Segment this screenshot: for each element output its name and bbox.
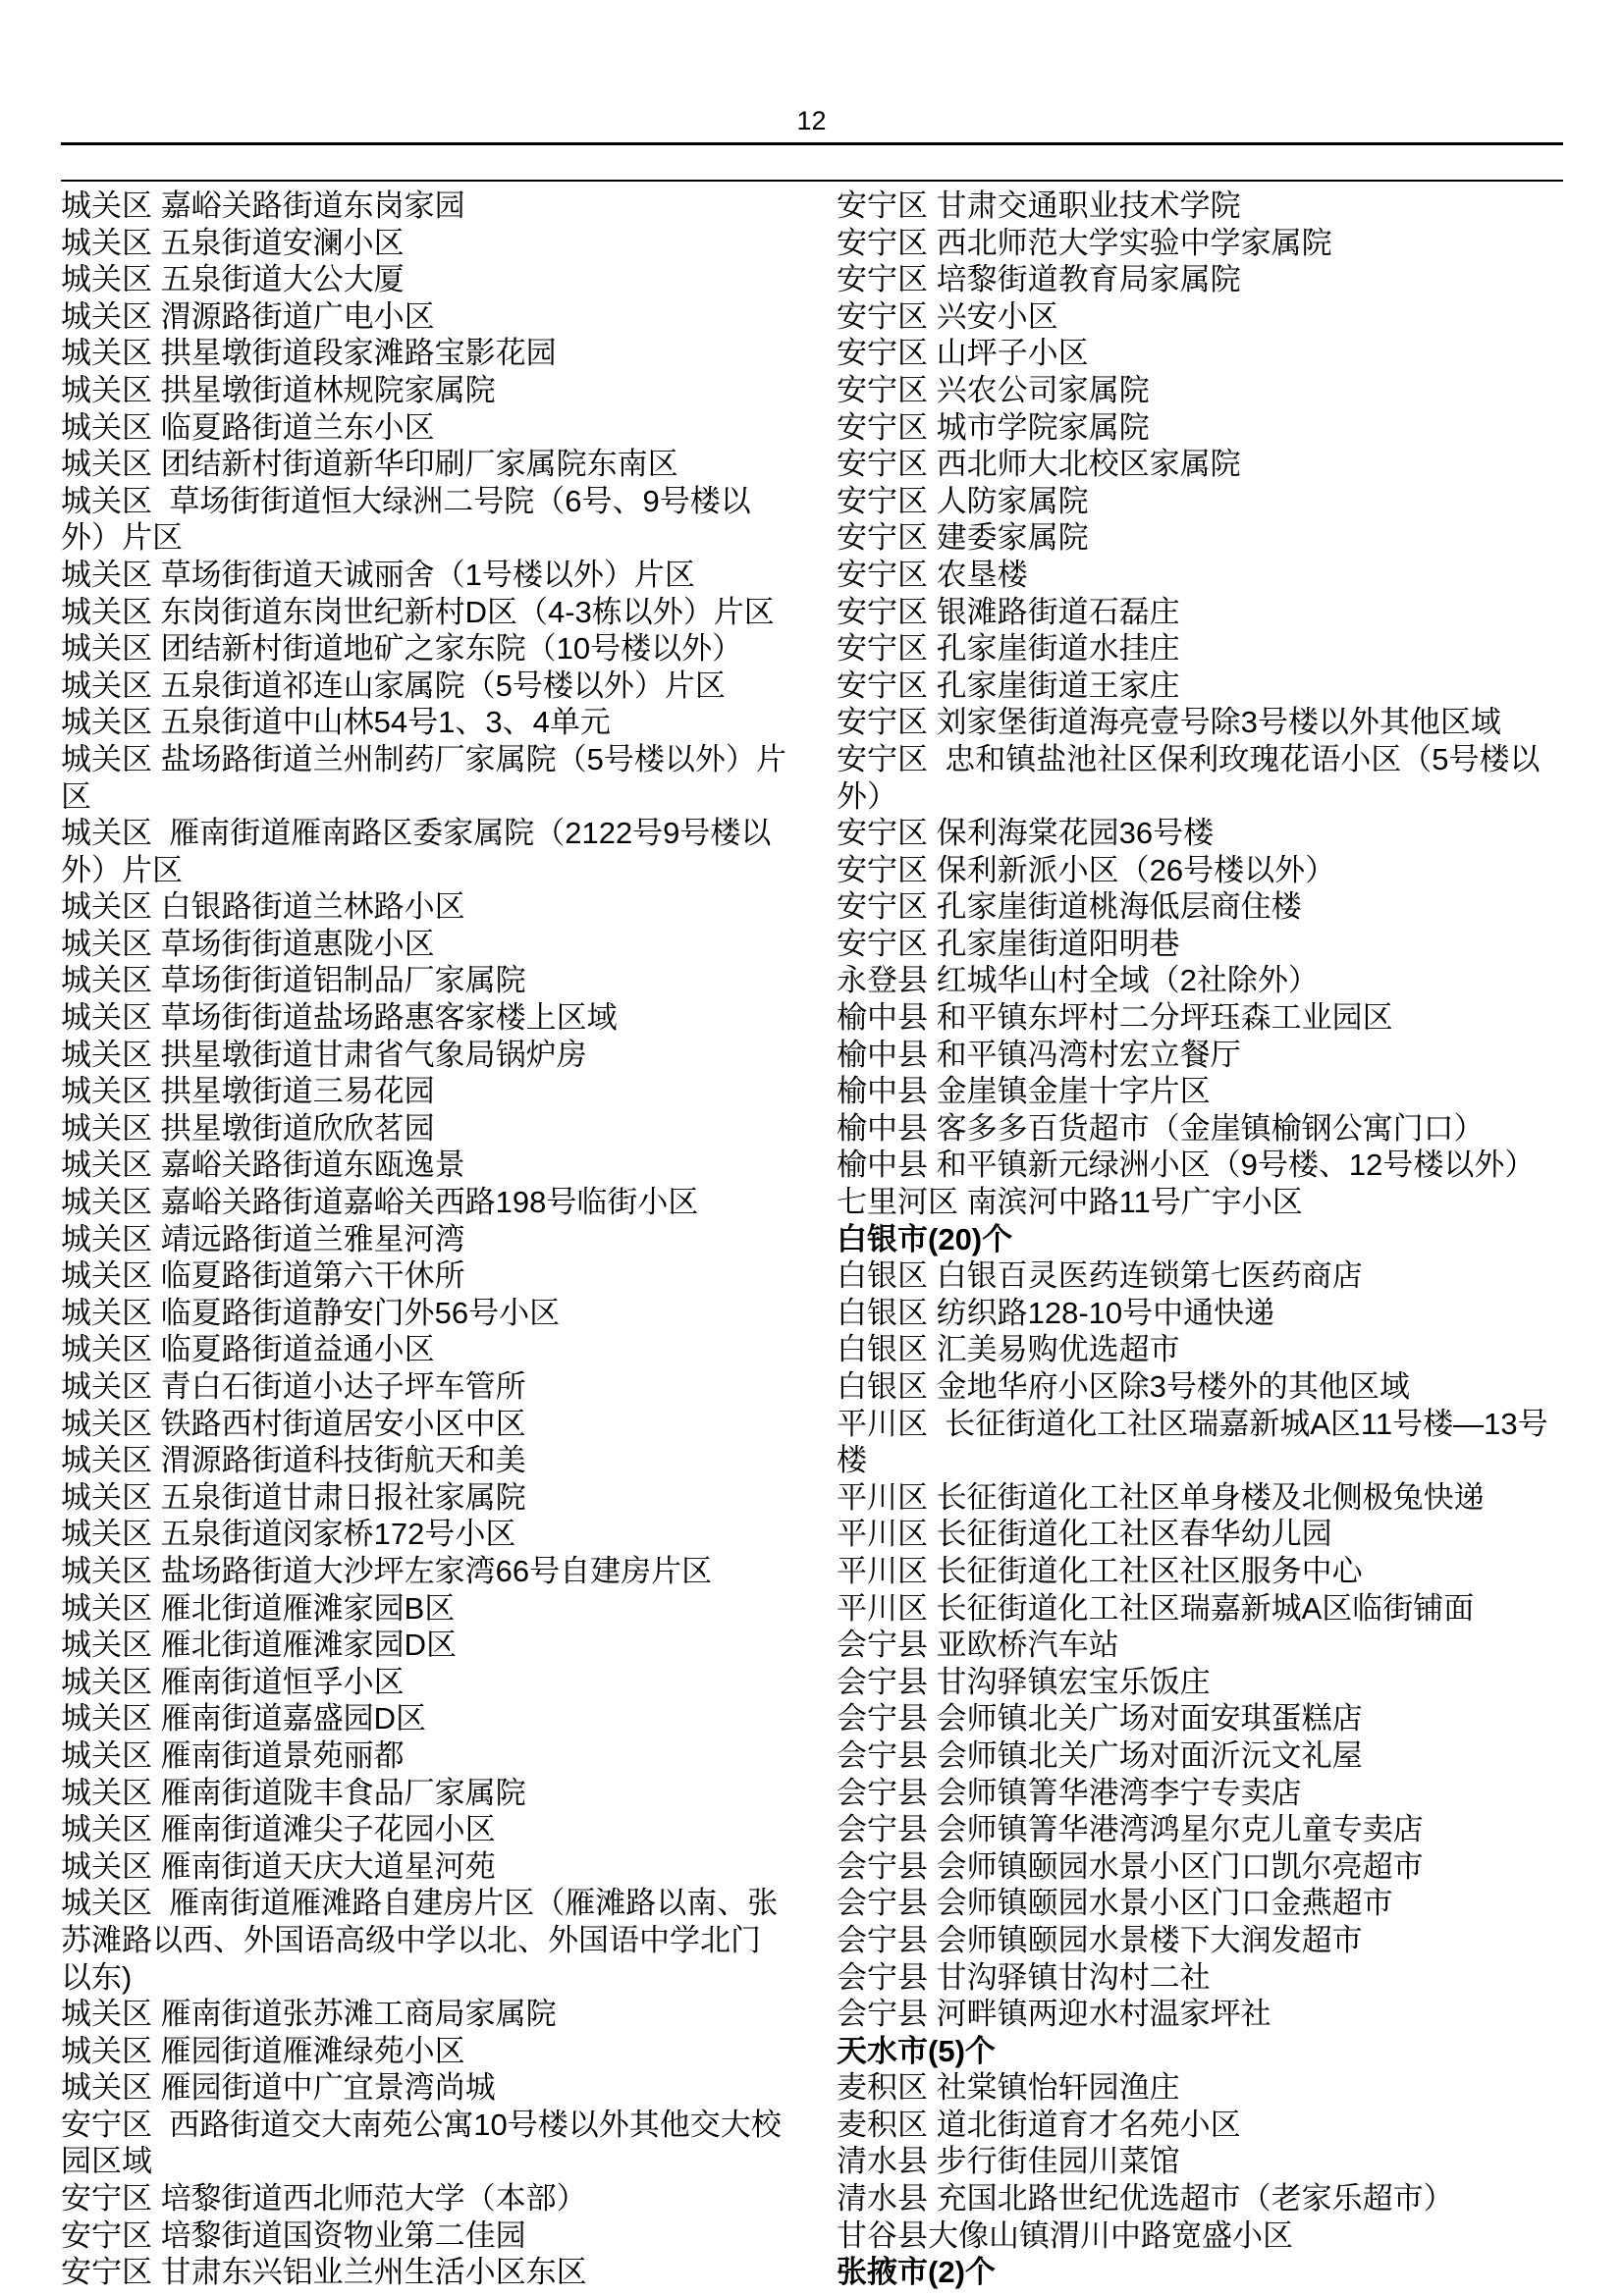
risk-area-item: 城关区 渭源路街道广电小区 [61, 298, 787, 336]
risk-area-item: 安宁区 山坪子小区 [837, 335, 1563, 372]
risk-area-item: 城关区 嘉峪关路街道东瓯逸景 [61, 1147, 787, 1184]
risk-area-item: 城关区 雁南街道嘉盛园D区 [61, 1700, 787, 1737]
risk-area-item: 城关区 白银路街道兰林路小区 [61, 888, 787, 926]
risk-area-item: 平川区 长征街道化工社区瑞嘉新城A区临街铺面 [837, 1590, 1563, 1628]
risk-area-item: 城关区 雁北街道雁滩家园B区 [61, 1590, 787, 1628]
risk-area-item: 会宁县 河畔镇两迎水村温家坪社 [837, 1996, 1563, 2033]
risk-area-item: 清水县 步行街佳园川菜馆 [837, 2143, 1563, 2180]
risk-area-item: 城关区 五泉街道大公大厦 [61, 261, 787, 298]
two-column-list: 城关区 嘉峪关路街道东岗家园城关区 五泉街道安澜小区城关区 五泉街道大公大厦城关… [61, 187, 1563, 2291]
risk-area-item: 城关区 渭源路街道科技街航天和美 [61, 1442, 787, 1479]
city-section-header: 张掖市(2)个 [837, 2254, 1563, 2291]
risk-area-item: 城关区 临夏路街道静安门外56号小区 [61, 1295, 787, 1332]
risk-area-item: 七里河区 南滨河中路11号广宇小区 [837, 1184, 1563, 1221]
risk-area-item: 城关区 五泉街道中山林54号1、3、4单元 [61, 704, 787, 741]
risk-area-item: 会宁县 会师镇颐园水景小区门口金燕超市 [837, 1885, 1563, 1922]
risk-area-item: 城关区 临夏路街道兰东小区 [61, 409, 787, 447]
risk-area-item: 城关区 雁北街道雁滩家园D区 [61, 1627, 787, 1664]
page-number: 12 [0, 108, 1623, 134]
risk-area-item: 城关区 盐场路街道兰州制药厂家属院（5号楼以外）片区 [61, 741, 787, 815]
risk-area-item: 榆中县 金崖镇金崖十字片区 [837, 1073, 1563, 1110]
risk-area-item: 城关区 雁南街道张苏滩工商局家属院 [61, 1996, 787, 2033]
risk-area-item: 城关区 拱星墩街道段家滩路宝影花园 [61, 335, 787, 372]
risk-area-item: 安宁区 孔家崖街道水挂庄 [837, 630, 1563, 667]
risk-area-item: 城关区 嘉峪关路街道嘉峪关西路198号临街小区 [61, 1184, 787, 1221]
risk-area-item: 城关区 雁南街道陇丰食品厂家属院 [61, 1775, 787, 1812]
risk-area-item: 安宁区 保利新派小区（26号楼以外） [837, 852, 1563, 889]
risk-area-item: 安宁区 城市学院家属院 [837, 409, 1563, 447]
risk-area-item: 城关区 五泉街道甘肃日报社家属院 [61, 1479, 787, 1517]
risk-area-item: 安宁区 农垦楼 [837, 557, 1563, 594]
risk-area-item: 安宁区 银滩路街道石磊庄 [837, 594, 1563, 631]
risk-area-item: 城关区 五泉街道闵家桥172号小区 [61, 1516, 787, 1553]
risk-area-item: 安宁区 培黎街道国资物业第二佳园 [61, 2217, 787, 2255]
risk-area-item: 安宁区 培黎街道教育局家属院 [837, 261, 1563, 298]
risk-area-item: 榆中县 客多多百货超市（金崖镇榆钢公寓门口） [837, 1110, 1563, 1148]
risk-area-item: 白银区 汇美易购优选超市 [837, 1331, 1563, 1368]
risk-area-item: 安宁区 人防家属院 [837, 483, 1563, 520]
risk-area-item: 会宁县 会师镇颐园水景小区门口凯尔亮超市 [837, 1848, 1563, 1886]
risk-area-item: 安宁区 建委家属院 [837, 519, 1563, 557]
risk-area-item: 麦积区 社棠镇怡轩园渔庄 [837, 2069, 1563, 2107]
risk-area-item: 榆中县 和平镇东坪村二分坪珏森工业园区 [837, 999, 1563, 1037]
risk-area-item: 安宁区 兴安小区 [837, 298, 1563, 336]
risk-area-item: 城关区 拱星墩街道欣欣茗园 [61, 1110, 787, 1148]
risk-area-item: 城关区 拱星墩街道三易花园 [61, 1073, 787, 1110]
risk-area-item: 城关区 雁南街道滩尖子花园小区 [61, 1811, 787, 1848]
risk-area-item: 安宁区 西北师范大学实验中学家属院 [837, 225, 1563, 262]
risk-area-item: 白银区 金地华府小区除3号楼外的其他区域 [837, 1368, 1563, 1406]
risk-area-item: 会宁县 甘沟驿镇甘沟村二社 [837, 1959, 1563, 1997]
risk-area-item: 城关区 雁南街道恒孚小区 [61, 1664, 787, 1701]
risk-area-item: 安宁区 西路街道交大南苑公寓10号楼以外其他交大校园区域 [61, 2107, 787, 2180]
risk-area-item: 安宁区 兴农公司家属院 [837, 372, 1563, 409]
risk-area-item: 城关区 雁南街道雁南路区委家属院（2122号9号楼以外）片区 [61, 815, 787, 888]
risk-area-item: 会宁县 甘沟驿镇宏宝乐饭庄 [837, 1664, 1563, 1701]
risk-area-item: 城关区 东岗街道东岗世纪新村D区（4-3栋以外）片区 [61, 594, 787, 631]
risk-area-item: 安宁区 保利海棠花园36号楼 [837, 815, 1563, 852]
risk-area-item: 会宁县 会师镇箐华港湾李宁专卖店 [837, 1775, 1563, 1812]
risk-area-item: 清水县 充国北路世纪优选超市（老家乐超市） [837, 2180, 1563, 2217]
risk-area-item: 安宁区 西北师大北校区家属院 [837, 446, 1563, 483]
risk-area-item: 城关区 临夏路街道第六干休所 [61, 1257, 787, 1295]
risk-area-item: 城关区 雁南街道景苑丽都 [61, 1737, 787, 1775]
risk-area-item: 会宁县 会师镇颐园水景楼下大润发超市 [837, 1922, 1563, 1959]
risk-area-item: 安宁区 培黎街道西北师范大学（本部） [61, 2180, 787, 2217]
risk-area-item: 白银区 白银百灵医药连锁第七医药商店 [837, 1257, 1563, 1295]
risk-area-item: 安宁区 孔家崖街道桃海低层商住楼 [837, 888, 1563, 926]
risk-area-item: 城关区 拱星墩街道林规院家属院 [61, 372, 787, 409]
risk-area-item: 甘谷县大像山镇渭川中路宽盛小区 [837, 2217, 1563, 2255]
risk-area-item: 城关区 五泉街道祁连山家属院（5号楼以外）片区 [61, 667, 787, 705]
risk-area-item: 平川区 长征街道化工社区社区服务中心 [837, 1553, 1563, 1590]
risk-area-item: 城关区 靖远路街道兰雅星河湾 [61, 1221, 787, 1258]
risk-area-item: 城关区 五泉街道安澜小区 [61, 225, 787, 262]
risk-area-item: 安宁区 孔家崖街道王家庄 [837, 667, 1563, 705]
risk-area-item: 城关区 团结新村街道新华印刷厂家属院东南区 [61, 446, 787, 483]
risk-area-item: 安宁区 孔家崖街道阳明巷 [837, 926, 1563, 963]
risk-area-item: 白银区 纺织路128-10号中通快递 [837, 1295, 1563, 1332]
list-top-rule [61, 180, 1563, 182]
risk-area-item: 会宁县 会师镇箐华港湾鸿星尔克儿童专卖店 [837, 1811, 1563, 1848]
risk-area-item: 城关区 铁路西村街道居安小区中区 [61, 1406, 787, 1443]
risk-area-item: 城关区 雁南街道天庆大道星河苑 [61, 1848, 787, 1886]
risk-area-item: 会宁县 会师镇北关广场对面沂沅文礼屋 [837, 1737, 1563, 1775]
document-page: 12 城关区 嘉峪关路街道东岗家园城关区 五泉街道安澜小区城关区 五泉街道大公大… [0, 0, 1623, 2296]
city-section-header: 白银市(20)个 [837, 1221, 1563, 1258]
city-section-header: 天水市(5)个 [837, 2033, 1563, 2070]
right-column: 安宁区 甘肃交通职业技术学院安宁区 西北师范大学实验中学家属院安宁区 培黎街道教… [837, 187, 1563, 2291]
risk-area-item: 永登县 红城华山村全域（2社除外） [837, 962, 1563, 999]
risk-area-item: 安宁区 忠和镇盐池社区保利玫瑰花语小区（5号楼以外） [837, 741, 1563, 815]
risk-area-item: 城关区 拱星墩街道甘肃省气象局锅炉房 [61, 1037, 787, 1074]
left-column: 城关区 嘉峪关路街道东岗家园城关区 五泉街道安澜小区城关区 五泉街道大公大厦城关… [61, 187, 787, 2291]
risk-area-item: 安宁区 刘家堡街道海亮壹号除3号楼以外其他区域 [837, 704, 1563, 741]
risk-area-item: 平川区 长征街道化工社区瑞嘉新城A区11号楼—13号楼 [837, 1406, 1563, 1479]
risk-area-item: 城关区 团结新村街道地矿之家东院（10号楼以外） [61, 630, 787, 667]
risk-area-item: 城关区 嘉峪关路街道东岗家园 [61, 187, 787, 225]
risk-area-item: 城关区 草场街街道恒大绿洲二号院（6号、9号楼以外）片区 [61, 483, 787, 557]
risk-area-item: 城关区 雁南街道雁滩路自建房片区（雁滩路以南、张苏滩路以西、外国语高级中学以北、… [61, 1885, 787, 1996]
risk-area-item: 会宁县 亚欧桥汽车站 [837, 1627, 1563, 1664]
risk-area-item: 平川区 长征街道化工社区单身楼及北侧极兔快递 [837, 1479, 1563, 1517]
header-rule [61, 142, 1563, 145]
risk-area-item: 榆中县 和平镇冯湾村宏立餐厅 [837, 1037, 1563, 1074]
risk-area-item: 城关区 临夏路街道益通小区 [61, 1331, 787, 1368]
risk-area-item: 麦积区 道北街道育才名苑小区 [837, 2107, 1563, 2144]
risk-area-item: 城关区 草场街街道惠陇小区 [61, 926, 787, 963]
risk-area-item: 城关区 青白石街道小达子坪车管所 [61, 1368, 787, 1406]
risk-area-item: 城关区 雁园街道雁滩绿苑小区 [61, 2033, 787, 2070]
risk-area-item: 安宁区 甘肃东兴铝业兰州生活小区东区 [61, 2254, 787, 2291]
risk-area-item: 会宁县 会师镇北关广场对面安琪蛋糕店 [837, 1700, 1563, 1737]
risk-area-item: 城关区 草场街街道天诚丽舍（1号楼以外）片区 [61, 557, 787, 594]
risk-area-item: 安宁区 甘肃交通职业技术学院 [837, 187, 1563, 225]
risk-area-item: 榆中县 和平镇新元绿洲小区（9号楼、12号楼以外） [837, 1147, 1563, 1184]
risk-area-item: 平川区 长征街道化工社区春华幼儿园 [837, 1516, 1563, 1553]
risk-area-item: 城关区 盐场路街道大沙坪左家湾66号自建房片区 [61, 1553, 787, 1590]
risk-area-item: 城关区 雁园街道中广宜景湾尚城 [61, 2069, 787, 2107]
risk-area-item: 城关区 草场街街道铝制品厂家属院 [61, 962, 787, 999]
risk-area-item: 城关区 草场街街道盐场路惠客家楼上区域 [61, 999, 787, 1037]
